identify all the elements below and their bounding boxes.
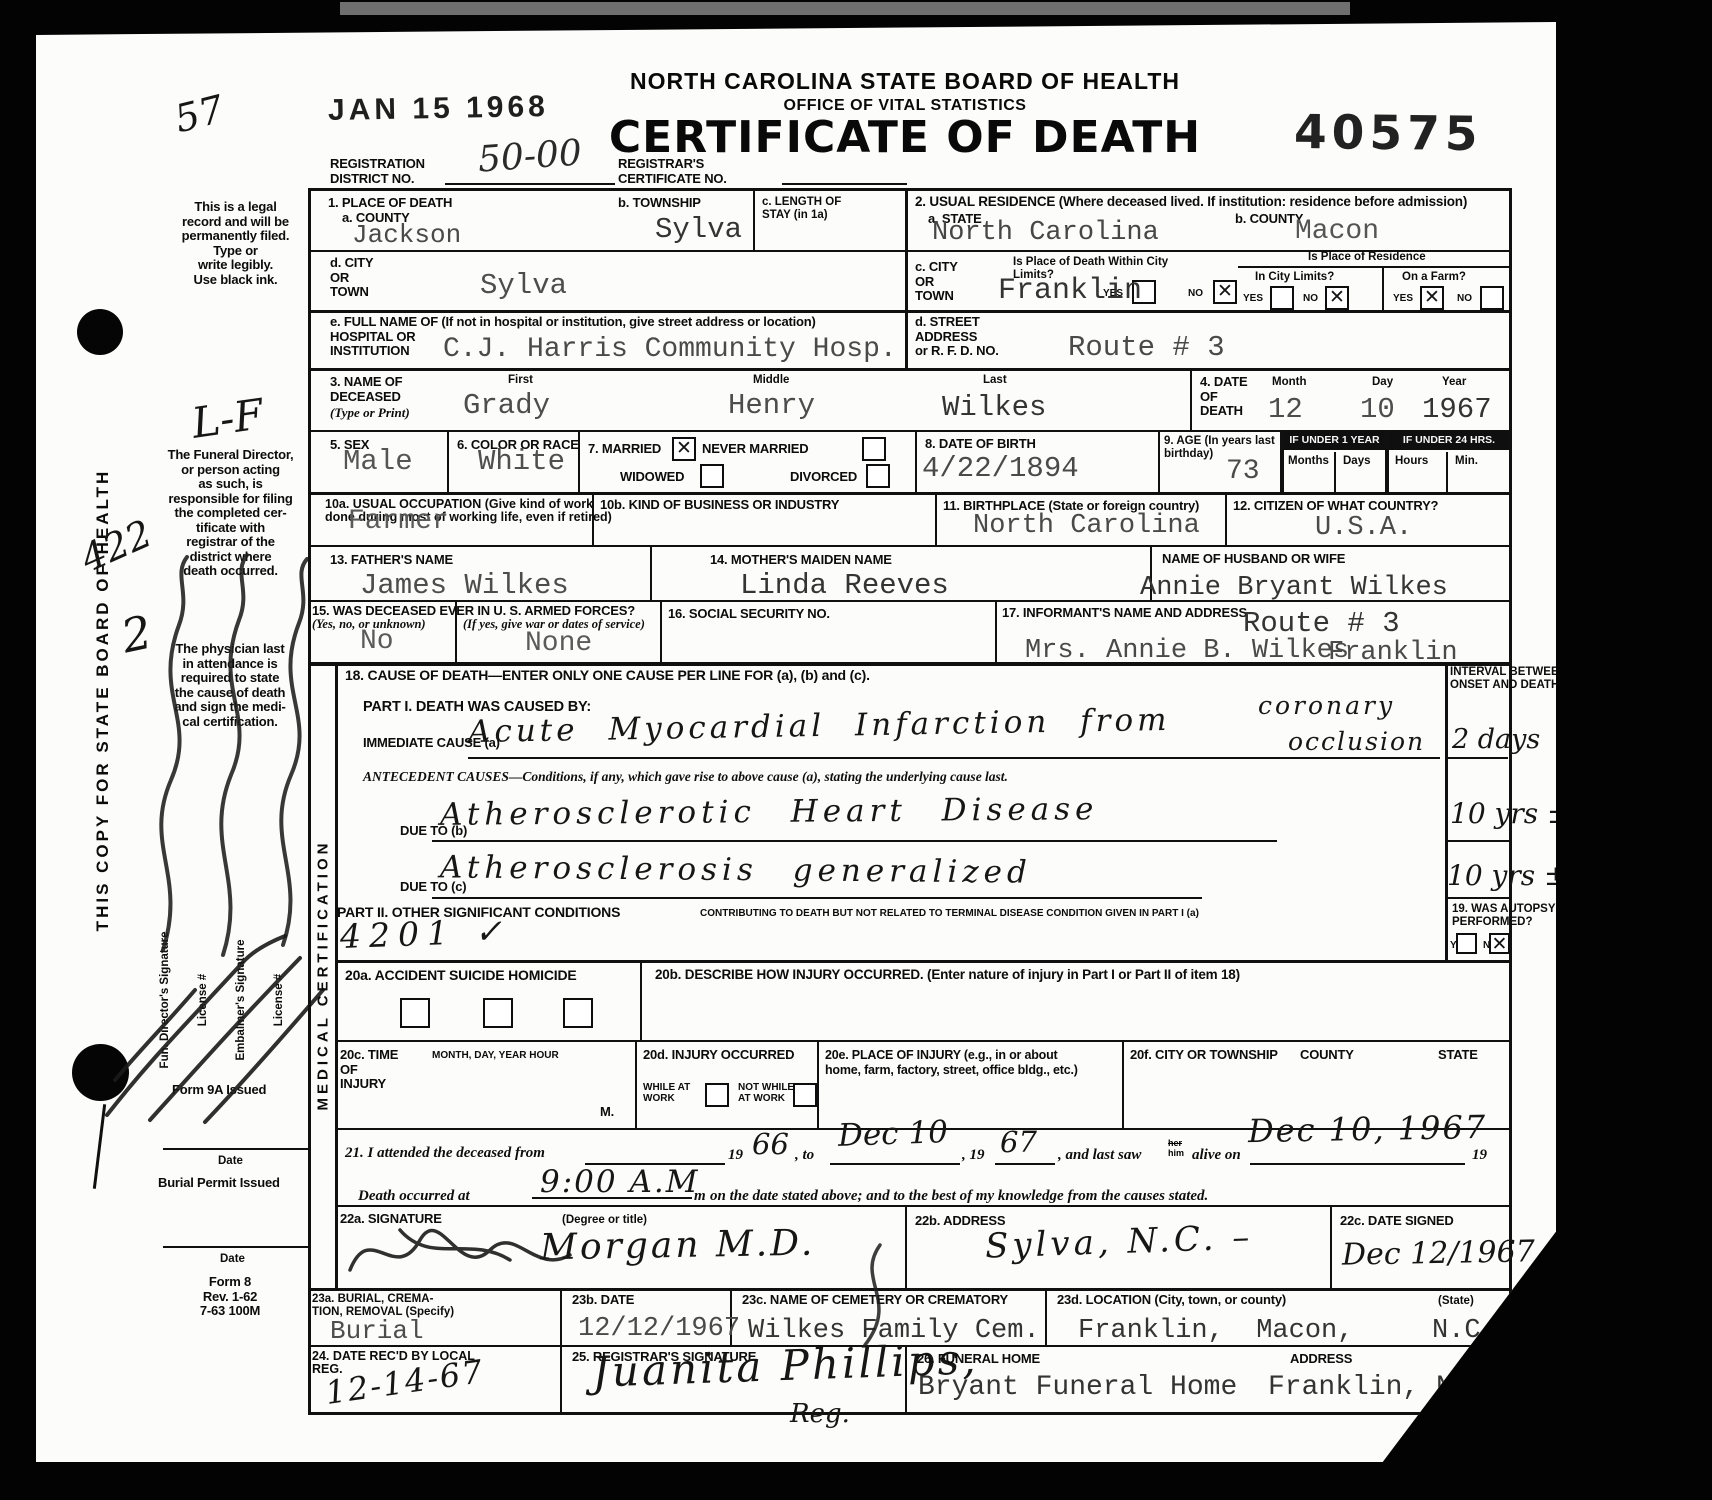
field-16-label: 16. SOCIAL SECURITY NO. <box>668 607 830 622</box>
field-2d-value: Route # 3 <box>1068 334 1225 361</box>
field-20d-label: 20d. INJURY OCCURRED <box>643 1048 794 1063</box>
cause-c-line <box>432 897 1202 899</box>
attended-19a: 19 <box>728 1147 743 1164</box>
field-26-label: 26. FUNERAL HOME <box>917 1352 1040 1367</box>
part2-label-cont: CONTRIBUTING TO DEATH BUT NOT RELATED TO… <box>700 908 1199 919</box>
vline-22bc <box>1330 1205 1332 1288</box>
vline-sec12 <box>905 188 908 368</box>
registrar-certificate-line <box>782 183 907 185</box>
field-13-value: James Wilkes <box>360 572 569 599</box>
field-3-typeprint: (Type or Print) <box>330 406 410 420</box>
field-20c-label: 20c. TIME OF INJURY <box>340 1048 398 1092</box>
field-1b-label: b. TOWNSHIP <box>618 196 701 211</box>
her-struck-label: her <box>1168 1138 1182 1148</box>
field-13-label: 13. FATHER'S NAME <box>330 553 453 568</box>
vline-1516 <box>660 600 662 662</box>
spouse-address-value: Route # 3 <box>1243 610 1400 637</box>
row-line-5 <box>308 492 1512 495</box>
him-label: him <box>1168 1148 1184 1158</box>
hw-cause-c: Atherosclerosis generalized <box>440 853 1032 886</box>
border-top <box>308 188 1512 191</box>
vline-2425 <box>560 1345 562 1412</box>
form-8-label: Form 8 Rev. 1-62 7-63 100M <box>180 1275 280 1319</box>
checkbox-while-at-work <box>705 1083 729 1107</box>
registration-district-label: REGISTRATION DISTRICT NO. <box>330 157 425 186</box>
months-label: Months <box>1288 455 1329 468</box>
field-9-value: 73 <box>1226 458 1260 485</box>
field-6-value: White <box>478 448 565 475</box>
field-1c-label: c. LENGTH OF STAY (in 1a) <box>762 196 841 221</box>
field-3-title: 3. NAME OF DECEASED <box>330 375 402 404</box>
name-middle-label: Middle <box>753 374 789 387</box>
field-8-value: 4/22/1894 <box>922 455 1079 482</box>
field-20c-sub: MONTH, DAY, YEAR HOUR <box>432 1050 559 1061</box>
field-20f-county: COUNTY <box>1300 1048 1354 1063</box>
vline-1bc <box>753 188 755 250</box>
hw-physician-signature: Morgan M.D. <box>540 1230 816 1263</box>
scan-top-band <box>340 2 1350 15</box>
residence-question-label: Is Place of Residence <box>1308 251 1426 264</box>
field-17-label: 17. INFORMANT'S NAME AND ADDRESS <box>1002 606 1247 621</box>
name-last-value: Wilkes <box>942 394 1046 421</box>
vline-1112 <box>1225 492 1227 545</box>
certificate-paper: JAN 15 1968 57 NORTH CAROLINA STATE BOAR… <box>36 22 1556 1462</box>
interval-c-line <box>1446 897 1510 899</box>
field-19-label: 19. WAS AUTOPSY PERFORMED? <box>1452 903 1556 928</box>
pen-stroke-23c <box>820 1240 940 1350</box>
farm-yes-label: YES <box>1393 293 1413 304</box>
cause-b-line <box>432 840 1277 842</box>
checkbox-widowed <box>700 464 724 488</box>
checkbox-autopsy-no <box>1489 933 1510 954</box>
vline-interval <box>1445 662 1448 960</box>
name-first-label: First <box>508 374 533 387</box>
checkbox-death-city-no <box>1213 280 1237 304</box>
field-20f-label: 20f. CITY OR TOWNSHIP <box>1130 1048 1278 1063</box>
name-first-value: Grady <box>463 392 550 419</box>
date-label-2: Date <box>220 1253 245 1266</box>
under-24-hrs-header: IF UNDER 24 HRS. <box>1389 431 1509 450</box>
date-received-stamp: JAN 15 1968 <box>328 90 549 128</box>
handwriting-scrawl-signatures <box>95 930 330 1125</box>
field-1d-label: d. CITY OR TOWN <box>330 256 373 300</box>
vline-sex <box>447 430 449 492</box>
name-middle-value: Henry <box>728 392 815 419</box>
antecedent-label: ANTECEDENT CAUSES—Conditions, if any, wh… <box>363 770 1008 784</box>
field-20e-label: 20e. PLACE OF INJURY (e.g., in or about … <box>825 1048 1078 1077</box>
attended-aliveon: alive on <box>1192 1147 1241 1164</box>
attended-line-3 <box>995 1163 1055 1165</box>
field-23b-value: 12/12/1967 <box>578 1316 740 1343</box>
min-label: Min. <box>1455 455 1478 468</box>
field-22c-label: 22c. DATE SIGNED <box>1340 1214 1454 1229</box>
vline-20ef <box>1122 1040 1124 1128</box>
vline-20de <box>817 1040 819 1128</box>
certificate-number: 40575 <box>1294 105 1483 162</box>
attended-19b: , 19 <box>962 1147 985 1164</box>
row-line-9 <box>335 960 1512 963</box>
hw-cause-a-occlusion: occlusion <box>1288 728 1425 756</box>
date-label-1: Date <box>218 1155 243 1168</box>
dod-year-value: 1967 <box>1422 396 1492 423</box>
cause-a-line <box>468 757 1440 759</box>
checkbox-married <box>672 437 696 461</box>
death-occurred-label: Death occurred at <box>358 1188 470 1205</box>
checkbox-suicide <box>483 998 513 1028</box>
vline-10b11 <box>935 492 937 545</box>
vline-months-days <box>1334 452 1336 492</box>
spouse-label: NAME OF HUSBAND OR WIFE <box>1162 552 1345 567</box>
interval-header: INTERVAL BETWEEN ONSET AND DEATH <box>1450 666 1556 691</box>
field-23b-label: 23b. DATE <box>572 1293 634 1308</box>
field-26-value: Bryant Funeral Home <box>918 1374 1237 1401</box>
hw-interval-a: 2 days <box>1452 726 1540 754</box>
attended-19c: 19 <box>1472 1147 1487 1164</box>
field-18-label: 18. CAUSE OF DEATH—ENTER ONLY ONE CAUSE … <box>345 668 870 683</box>
field-2a-value: North Carolina <box>932 220 1159 247</box>
death-time-line <box>532 1197 692 1199</box>
field-2c-value: Franklin <box>998 278 1142 305</box>
under-1-year-header: IF UNDER 1 YEAR <box>1284 431 1385 450</box>
hw-4201: 4201 ✓ <box>340 917 511 951</box>
residence-divider <box>1382 266 1384 310</box>
widowed-label: WIDOWED <box>620 470 684 485</box>
checkbox-not-while-at-work <box>793 1083 817 1107</box>
field-1b-value: Sylva <box>655 216 742 243</box>
checkbox-divorced <box>866 464 890 488</box>
attended-line-2 <box>830 1163 960 1165</box>
hw-date-signed: Dec 12/1967 <box>1342 1238 1535 1269</box>
vline-20ab <box>640 960 642 1040</box>
border-bottom <box>308 1412 1512 1415</box>
field-5-value: Male <box>343 448 413 475</box>
field-2-title: 2. USUAL RESIDENCE (Where deceased lived… <box>915 195 1467 210</box>
attended-to: , to <box>795 1147 814 1164</box>
handwritten-lf: L-F <box>190 400 264 438</box>
handwritten-57: 57 <box>172 95 226 134</box>
field-14-value: Linda Reeves <box>740 572 949 599</box>
field-10b-label: 10b. KIND OF BUSINESS OR INDUSTRY <box>600 498 839 513</box>
vline-dob <box>915 430 917 492</box>
checkbox-farm-no <box>1480 286 1504 310</box>
field-2b-label: b. COUNTY <box>1235 212 1303 227</box>
medical-certification-vertical: MEDICAL CERTIFICATION <box>315 840 332 1111</box>
hw-physician-address: Sylva, N.C. – <box>985 1223 1254 1260</box>
field-23a-value: Burial <box>330 1318 424 1345</box>
res-city-no-label: NO <box>1303 293 1318 304</box>
vline-20cd <box>635 1040 637 1128</box>
checkbox-res-city-yes <box>1270 286 1294 310</box>
field-12-label: 12. CITIZEN OF WHAT COUNTRY? <box>1233 499 1438 514</box>
registration-district-line <box>445 183 615 185</box>
residence-underline <box>1238 266 1509 268</box>
field-26-address-label: ADDRESS <box>1290 1352 1352 1367</box>
field-11-value: North Carolina <box>973 513 1200 540</box>
checkbox-accident <box>400 998 430 1028</box>
field-12-value: U.S.A. <box>1315 515 1412 542</box>
form8-line <box>163 1246 308 1248</box>
legal-record-note: This is a legal record and will be perma… <box>163 200 308 287</box>
scanned-death-certificate: JAN 15 1968 57 NORTH CAROLINA STATE BOAR… <box>0 0 1712 1500</box>
field-2c-label: c. CITY OR TOWN <box>915 260 958 304</box>
field-20a-label: 20a. ACCIDENT SUICIDE HOMICIDE <box>345 968 577 983</box>
hours-label: Hours <box>1395 455 1428 468</box>
hw-last-alive-date: Dec 10, 1967 <box>1248 1113 1488 1145</box>
row-line-2 <box>308 310 1512 313</box>
row-line-10 <box>335 1040 1512 1042</box>
hw-cause-b: Atherosclerotic Heart Disease <box>440 795 1099 829</box>
field-20b-label: 20b. DESCRIBE HOW INJURY OCCURRED. (Ente… <box>655 968 1240 983</box>
field-14-label: 14. MOTHER'S MAIDEN NAME <box>710 553 892 568</box>
in-city-limits-label: In City Limits? <box>1255 271 1334 284</box>
married-label: 7. MARRIED <box>588 442 661 457</box>
vline-hours-min <box>1446 452 1448 492</box>
field-1d-value: Sylva <box>480 272 567 299</box>
divorced-label: DIVORCED <box>790 470 857 485</box>
name-last-label: Last <box>983 374 1007 387</box>
field-2b-value: Macon <box>1295 218 1379 245</box>
interval-a-line <box>1448 757 1508 759</box>
burial-permit-line <box>163 1148 308 1150</box>
field-8-label: 8. DATE OF BIRTH <box>925 437 1036 452</box>
attended-lastsaw: , and last saw <box>1058 1147 1141 1164</box>
field-2d-label: d. STREET ADDRESS or R. F. D. NO. <box>915 315 999 359</box>
checkbox-res-city-no <box>1325 286 1349 310</box>
dod-year-label: Year <box>1442 376 1466 389</box>
hw-year-66: 66 <box>752 1130 789 1158</box>
field-23d-label: 23d. LOCATION (City, town, or county) <box>1057 1293 1286 1308</box>
row-line-12 <box>335 1205 1512 1207</box>
vline-med-strip <box>335 662 338 1288</box>
field-25-reg: Reg. <box>790 1400 850 1428</box>
field-1a-value: Jackson <box>352 222 461 249</box>
hw-cause-a-coronary: coronary <box>1258 692 1395 720</box>
burial-permit-label: Burial Permit Issued <box>158 1176 280 1191</box>
field-1e-value: C.J. Harris Community Hosp. <box>443 336 897 363</box>
hw-interval-b: 10 yrs ± <box>1450 800 1556 828</box>
vline-1617 <box>995 600 997 662</box>
death-city-no-label: NO <box>1188 288 1203 299</box>
not-while-at-work-label: NOT WHILE AT WORK <box>738 1082 794 1104</box>
dod-month-value: 12 <box>1268 396 1303 423</box>
field-1-title: 1. PLACE OF DEATH <box>328 196 452 211</box>
checkbox-farm-yes <box>1420 286 1444 310</box>
res-city-yes-label: YES <box>1243 293 1263 304</box>
field-20c-m: M. <box>600 1105 614 1120</box>
row-line-3 <box>308 368 1512 371</box>
dod-month-label: Month <box>1272 376 1306 389</box>
dod-day-label: Day <box>1372 376 1393 389</box>
while-at-work-label: WHILE AT WORK <box>643 1082 690 1104</box>
org-title: NORTH CAROLINA STATE BOARD OF HEALTH <box>630 68 1180 95</box>
days-label: Days <box>1343 455 1371 468</box>
dod-day-value: 10 <box>1360 396 1395 423</box>
death-occurred-m: m <box>694 1188 706 1205</box>
attended-line-4 <box>1250 1163 1465 1165</box>
border-left <box>308 188 311 1414</box>
checkbox-homicide <box>563 998 593 1028</box>
vline-dod <box>1190 368 1192 430</box>
hw-cause-a: Acute Myocardial Infarction from <box>468 706 1171 746</box>
field-15-value2: None <box>525 630 592 657</box>
registrar-certificate-label: REGISTRAR'S CERTIFICATE NO. <box>618 157 727 186</box>
on-farm-label: On a Farm? <box>1402 271 1466 284</box>
field-26-address-value: Franklin, N <box>1268 1374 1453 1401</box>
vline-1314 <box>650 545 652 600</box>
field-4-title: 4. DATE OF DEATH <box>1200 375 1247 419</box>
vline-23ab <box>560 1288 562 1345</box>
field-20f-state: STATE <box>1438 1048 1478 1063</box>
row-line-6 <box>308 545 1512 547</box>
spouse-value: Annie Bryant Wilkes <box>1140 575 1448 602</box>
hw-year-67: 67 <box>1000 1128 1037 1156</box>
attended-text-1: 21. I attended the deceased from <box>345 1145 545 1162</box>
checkbox-autopsy-yes <box>1456 933 1477 954</box>
farm-no-label: NO <box>1457 293 1472 304</box>
field-15-value1: No <box>360 628 394 655</box>
handwriting-scrawl-vertical <box>135 545 320 965</box>
field-23a-label: 23a. BURIAL, CREMA- TION, REMOVAL (Speci… <box>312 1293 454 1318</box>
field-23d-state-value: N.C. <box>1432 1318 1497 1345</box>
punch-hole-top <box>77 309 123 355</box>
hw-death-time: 9:00 A.M <box>540 1168 699 1196</box>
field-23d-state-label: (State) <box>1438 1295 1474 1308</box>
field-10a-value: Farmer <box>348 508 449 535</box>
death-occurred-rest: on the date stated above; and to the bes… <box>710 1188 1208 1205</box>
vline-23cd <box>1045 1288 1047 1345</box>
hw-interval-c: 10 yrs ± <box>1447 862 1556 890</box>
registration-district-value: 50-00 <box>477 139 582 174</box>
vline-age <box>1158 430 1160 492</box>
field-17-value2: Franklin <box>1328 640 1458 667</box>
field-17-value: Mrs. Annie B. Wilkes <box>1025 638 1349 665</box>
hw-dec-10: Dec 10 <box>838 1118 949 1150</box>
never-married-label: NEVER MARRIED <box>702 442 808 457</box>
interval-b-line <box>1446 840 1510 842</box>
field-23d-value: Franklin, Macon, <box>1078 1318 1353 1345</box>
checkbox-never-married <box>862 437 886 461</box>
